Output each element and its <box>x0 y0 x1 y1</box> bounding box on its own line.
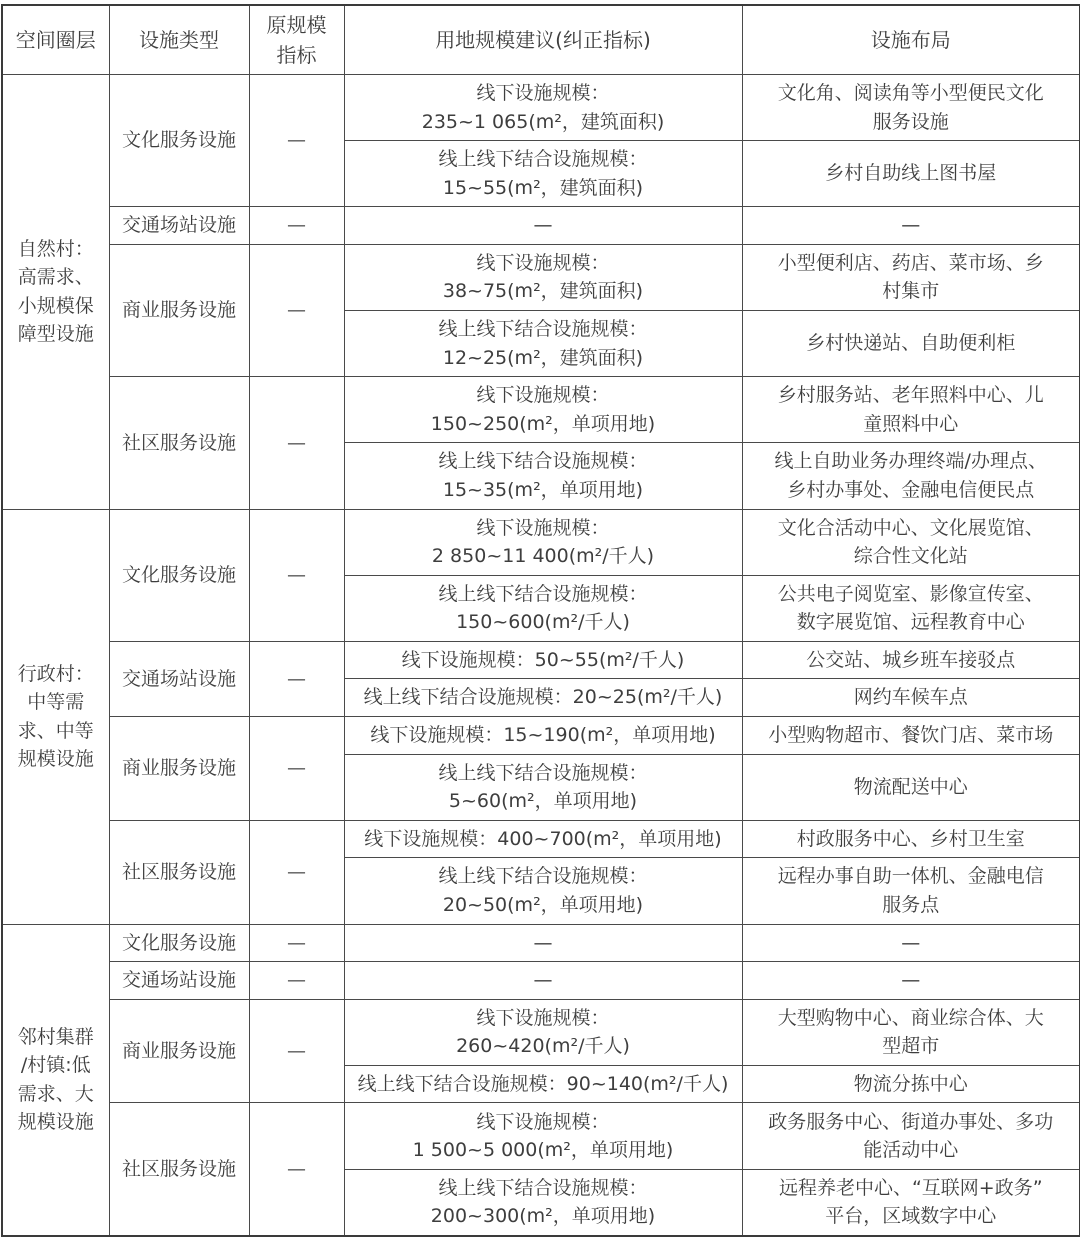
scale-recommendation-cell: 线上线下结合设施规模：90~140(m²/千人) <box>344 1065 742 1103</box>
facility-type-cell: 交通场站设施 <box>109 207 249 245</box>
facility-layout-cell: 小型购物超市、餐饮门店、菜市场 <box>742 717 1080 755</box>
facility-layout-cell: 公交站、城乡班车接驳点 <box>742 641 1080 679</box>
facility-layout-cell: 物流分拣中心 <box>742 1065 1080 1103</box>
scale-recommendation-cell: — <box>344 924 742 962</box>
table-row: 商业服务设施—线下设施规模：15~190(m²，单项用地)小型购物超市、餐饮门店… <box>2 717 1080 755</box>
facility-layout-cell: 政务服务中心、街道办事处、多功 能活动中心 <box>742 1103 1080 1169</box>
original-indicator-cell: — <box>249 1103 344 1236</box>
original-indicator-cell: — <box>249 962 344 1000</box>
original-indicator-cell: — <box>249 207 344 245</box>
original-indicator-cell: — <box>249 509 344 641</box>
facility-type-cell: 商业服务设施 <box>109 244 249 376</box>
facility-type-cell: 社区服务设施 <box>109 820 249 924</box>
table-body: 自然村： 高需求、 小规模保 障型设施文化服务设施—线下设施规模： 235~1 … <box>2 75 1080 1237</box>
facility-layout-cell: 线上自助业务办理终端/办理点、 乡村办事处、金融电信便民点 <box>742 443 1080 509</box>
facility-type-cell: 文化服务设施 <box>109 924 249 962</box>
facility-layout-cell: 远程办事自助一体机、金融电信 服务点 <box>742 858 1080 924</box>
facility-type-cell: 社区服务设施 <box>109 377 249 509</box>
table-row: 交通场站设施—线下设施规模：50~55(m²/千人)公交站、城乡班车接驳点 <box>2 641 1080 679</box>
column-header-layer: 空间圈层 <box>2 5 109 75</box>
column-header-scale: 用地规模建议(纠正指标) <box>344 5 742 75</box>
table-header: 空间圈层 设施类型 原规模 指标 用地规模建议(纠正指标) 设施布局 <box>2 5 1080 75</box>
original-indicator-cell: — <box>249 641 344 716</box>
facility-type-cell: 交通场站设施 <box>109 641 249 716</box>
original-indicator-cell: — <box>249 75 344 207</box>
scale-recommendation-cell: 线上线下结合设施规模： 5~60(m²，单项用地) <box>344 754 742 820</box>
original-indicator-cell: — <box>249 377 344 509</box>
table-row: 行政村： 中等需 求、中等 规模设施文化服务设施—线下设施规模： 2 850~1… <box>2 509 1080 575</box>
facility-layout-cell: — <box>742 962 1080 1000</box>
scale-recommendation-cell: 线下设施规模： 150~250(m²，单项用地) <box>344 377 742 443</box>
facility-layout-cell: 小型便利店、药店、菜市场、乡 村集市 <box>742 244 1080 310</box>
facility-layout-cell: 公共电子阅览室、影像宣传室、 数字展览馆、远程教育中心 <box>742 575 1080 641</box>
facility-layout-cell: 村政服务中心、乡村卫生室 <box>742 820 1080 858</box>
scale-recommendation-cell: 线下设施规模：400~700(m²，单项用地) <box>344 820 742 858</box>
table-row: 交通场站设施——— <box>2 207 1080 245</box>
original-indicator-cell: — <box>249 717 344 821</box>
facility-type-cell: 交通场站设施 <box>109 962 249 1000</box>
scale-recommendation-cell: 线下设施规模： 260~420(m²/千人) <box>344 999 742 1065</box>
table-row: 交通场站设施——— <box>2 962 1080 1000</box>
scale-recommendation-cell: 线上线下结合设施规模： 150~600(m²/千人) <box>344 575 742 641</box>
column-header-indicator: 原规模 指标 <box>249 5 344 75</box>
column-header-type: 设施类型 <box>109 5 249 75</box>
facility-type-cell: 文化服务设施 <box>109 509 249 641</box>
table-row: 商业服务设施—线下设施规模： 38~75(m²，建筑面积)小型便利店、药店、菜市… <box>2 244 1080 310</box>
scale-recommendation-cell: 线上线下结合设施规模：20~25(m²/千人) <box>344 679 742 717</box>
table-row: 社区服务设施—线下设施规模：400~700(m²，单项用地)村政服务中心、乡村卫… <box>2 820 1080 858</box>
facility-type-cell: 商业服务设施 <box>109 717 249 821</box>
facility-layout-cell: 网约车候车点 <box>742 679 1080 717</box>
original-indicator-cell: — <box>249 999 344 1103</box>
table-row: 社区服务设施—线下设施规模： 1 500~5 000(m²，单项用地)政务服务中… <box>2 1103 1080 1169</box>
facility-layout-cell: 文化角、阅读角等小型便民文化 服务设施 <box>742 75 1080 141</box>
scale-recommendation-cell: 线上线下结合设施规模： 12~25(m²，建筑面积) <box>344 311 742 377</box>
planning-table-container: 空间圈层 设施类型 原规模 指标 用地规模建议(纠正指标) 设施布局 自然村： … <box>0 0 1080 1240</box>
facility-type-cell: 商业服务设施 <box>109 999 249 1103</box>
column-header-layout: 设施布局 <box>742 5 1080 75</box>
table-row: 社区服务设施—线下设施规模： 150~250(m²，单项用地)乡村服务站、老年照… <box>2 377 1080 443</box>
spatial-layer-cell: 行政村： 中等需 求、中等 规模设施 <box>2 509 109 924</box>
facility-layout-cell: 乡村快递站、自助便利柜 <box>742 311 1080 377</box>
scale-recommendation-cell: 线下设施规模：50~55(m²/千人) <box>344 641 742 679</box>
scale-recommendation-cell: 线下设施规模： 1 500~5 000(m²，单项用地) <box>344 1103 742 1169</box>
facility-layout-cell: 物流配送中心 <box>742 754 1080 820</box>
scale-recommendation-cell: 线上线下结合设施规模： 15~55(m²，建筑面积) <box>344 141 742 207</box>
spatial-layer-cell: 自然村： 高需求、 小规模保 障型设施 <box>2 75 109 510</box>
facility-layout-cell: 乡村自助线上图书屋 <box>742 141 1080 207</box>
scale-recommendation-cell: 线上线下结合设施规模： 200~300(m²，单项用地) <box>344 1169 742 1236</box>
scale-recommendation-cell: 线下设施规模： 2 850~11 400(m²/千人) <box>344 509 742 575</box>
header-row: 空间圈层 设施类型 原规模 指标 用地规模建议(纠正指标) 设施布局 <box>2 5 1080 75</box>
scale-recommendation-cell: — <box>344 962 742 1000</box>
scale-recommendation-cell: 线下设施规模： 235~1 065(m²，建筑面积) <box>344 75 742 141</box>
table-row: 自然村： 高需求、 小规模保 障型设施文化服务设施—线下设施规模： 235~1 … <box>2 75 1080 141</box>
spatial-layer-cell: 邻村集群 /村镇:低 需求、大 规模设施 <box>2 924 109 1236</box>
scale-recommendation-cell: — <box>344 207 742 245</box>
scale-recommendation-cell: 线下设施规模： 38~75(m²，建筑面积) <box>344 244 742 310</box>
facility-layout-cell: 大型购物中心、商业综合体、大 型超市 <box>742 999 1080 1065</box>
table-row: 邻村集群 /村镇:低 需求、大 规模设施文化服务设施——— <box>2 924 1080 962</box>
planning-table: 空间圈层 设施类型 原规模 指标 用地规模建议(纠正指标) 设施布局 自然村： … <box>1 4 1080 1237</box>
facility-layout-cell: 乡村服务站、老年照料中心、儿 童照料中心 <box>742 377 1080 443</box>
facility-type-cell: 社区服务设施 <box>109 1103 249 1236</box>
facility-type-cell: 文化服务设施 <box>109 75 249 207</box>
scale-recommendation-cell: 线上线下结合设施规模： 15~35(m²，单项用地) <box>344 443 742 509</box>
table-row: 商业服务设施—线下设施规模： 260~420(m²/千人)大型购物中心、商业综合… <box>2 999 1080 1065</box>
facility-layout-cell: 远程养老中心、“互联网+政务” 平台，区域数字中心 <box>742 1169 1080 1236</box>
original-indicator-cell: — <box>249 244 344 376</box>
facility-layout-cell: 文化合活动中心、文化展览馆、 综合性文化站 <box>742 509 1080 575</box>
facility-layout-cell: — <box>742 924 1080 962</box>
scale-recommendation-cell: 线上线下结合设施规模： 20~50(m²，单项用地) <box>344 858 742 924</box>
scale-recommendation-cell: 线下设施规模：15~190(m²，单项用地) <box>344 717 742 755</box>
original-indicator-cell: — <box>249 820 344 924</box>
original-indicator-cell: — <box>249 924 344 962</box>
facility-layout-cell: — <box>742 207 1080 245</box>
